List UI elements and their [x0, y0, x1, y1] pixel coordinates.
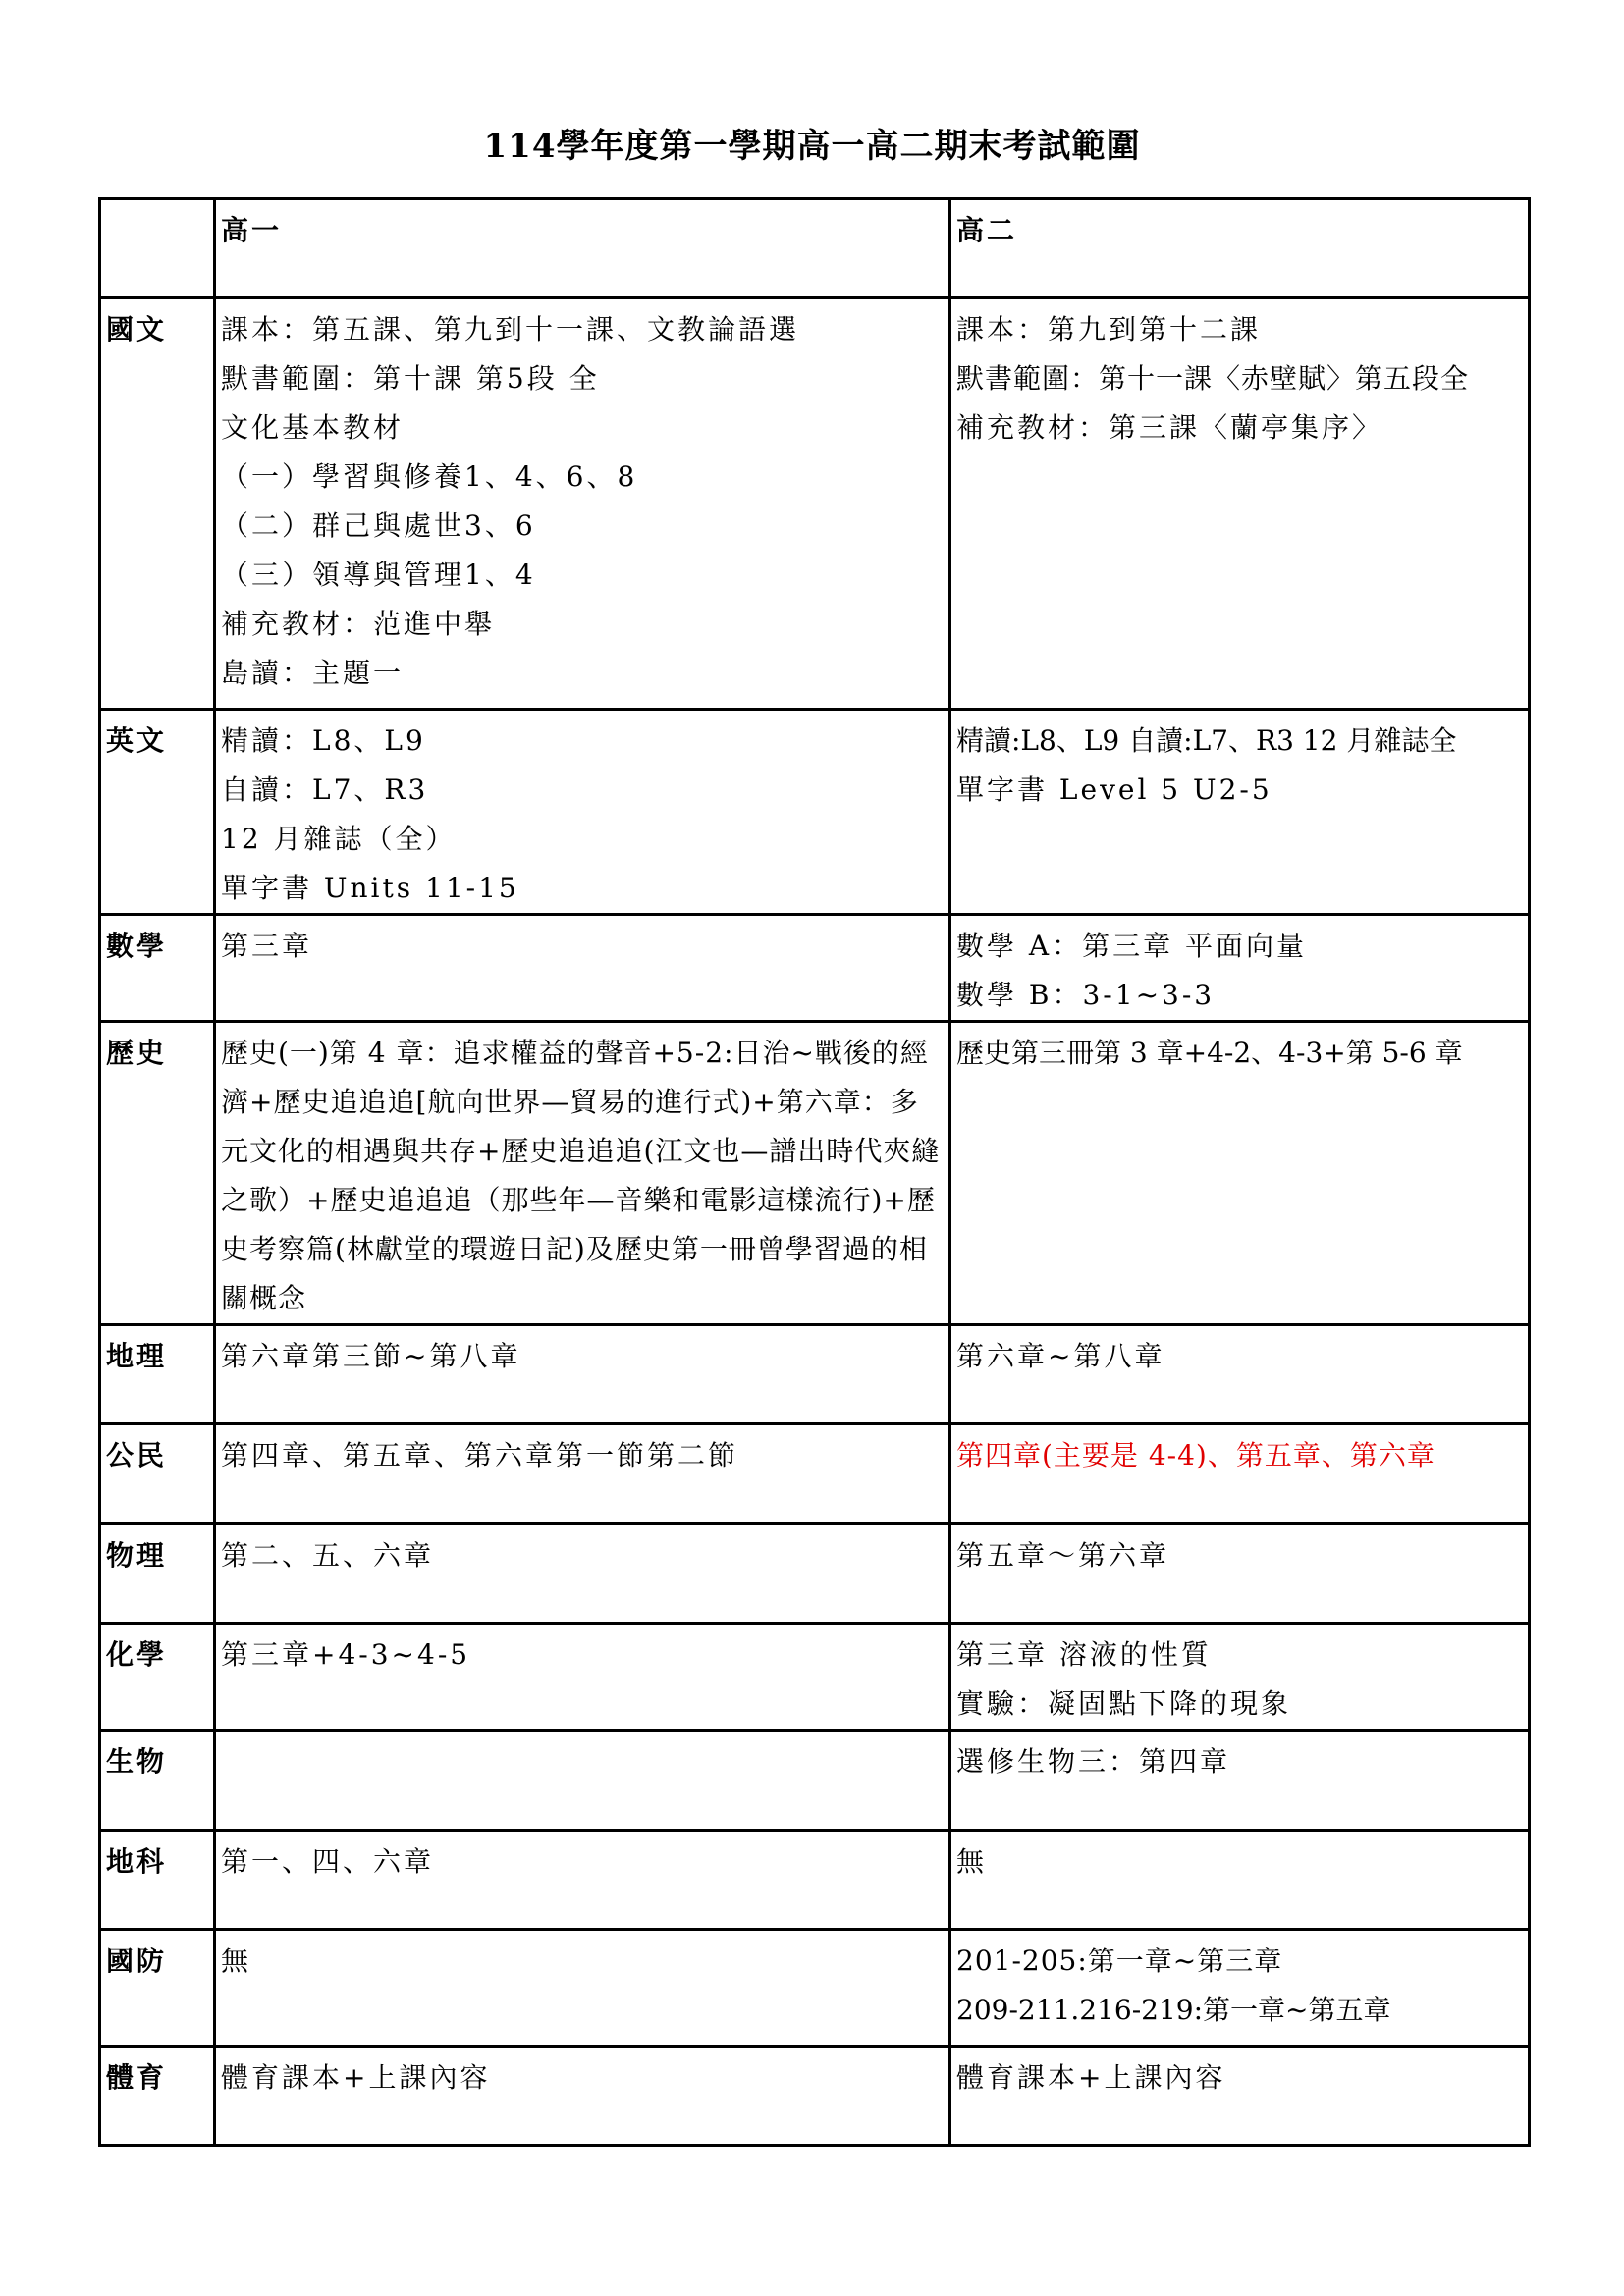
scope-line: 實驗：凝固點下降的現象 [956, 1680, 1524, 1729]
grade1-cell: 第三章 [215, 915, 950, 1022]
table-row-civics: 公民 第四章、第五章、第六章第一節第二節 第四章(主要是 4-4)、第五章、第六… [100, 1424, 1530, 1524]
grade2-cell: 選修生物三：第四章 [950, 1731, 1530, 1831]
grade2-cell: 第六章~第八章 [950, 1325, 1530, 1424]
scope-line: 課本：第五課、第九到十一課、文教論語選 [221, 305, 945, 354]
subject-label: 英文 [100, 710, 215, 915]
scope-paragraph: 歷史(一)第 4 章：追求權益的聲音+5-2:日治~戰後的經濟+歷史追追追[航向… [221, 1029, 945, 1323]
grade1-cell: 精讀：L8、L9 自讀：L7、R3 12 月雜誌（全） 單字書 Units 11… [215, 710, 950, 915]
table-row-chemistry: 化學 第三章+4-3~4-5 第三章 溶液的性質 實驗：凝固點下降的現象 [100, 1624, 1530, 1731]
grade1-cell: 無 [215, 1930, 950, 2047]
scope-line: 第三章 [221, 922, 945, 971]
grade2-cell: 第四章(主要是 4-4)、第五章、第六章 [950, 1424, 1530, 1524]
scope-line: 第五章～第六章 [956, 1531, 1524, 1580]
table-row-english: 英文 精讀：L8、L9 自讀：L7、R3 12 月雜誌（全） 單字書 Units… [100, 710, 1530, 915]
subject-label: 數學 [100, 915, 215, 1022]
grade1-cell: 第一、四、六章 [215, 1831, 950, 1930]
grade2-cell: 第五章～第六章 [950, 1524, 1530, 1624]
scope-line: 第四章、第五章、第六章第一節第二節 [221, 1431, 945, 1480]
scope-line: （三）領導與管理1、4 [221, 551, 945, 600]
grade2-cell: 無 [950, 1831, 1530, 1930]
table-row-physical-education: 體育 體育課本+上課內容 體育課本+上課內容 [100, 2047, 1530, 2146]
scope-line: 12 月雜誌（全） [221, 815, 945, 864]
grade2-cell: 精讀:L8、L9 自讀:L7、R3 12 月雜誌全 單字書 Level 5 U2… [950, 710, 1530, 915]
scope-line: 第六章第三節~第八章 [221, 1332, 945, 1381]
scope-line: 體育課本+上課內容 [956, 2054, 1524, 2103]
scope-line: 選修生物三：第四章 [956, 1737, 1524, 1787]
header-grade2: 高二 [950, 199, 1530, 298]
grade1-cell: 第六章第三節~第八章 [215, 1325, 950, 1424]
subject-label: 體育 [100, 2047, 215, 2146]
table-row-earth-science: 地科 第一、四、六章 無 [100, 1831, 1530, 1930]
grade2-cell: 體育課本+上課內容 [950, 2047, 1530, 2146]
subject-label: 公民 [100, 1424, 215, 1524]
scope-line: 第六章~第八章 [956, 1332, 1524, 1381]
grade1-cell: 歷史(一)第 4 章：追求權益的聲音+5-2:日治~戰後的經濟+歷史追追追[航向… [215, 1022, 950, 1325]
subject-label: 化學 [100, 1624, 215, 1731]
scope-line: 默書範圍：第十課 第5段 全 [221, 354, 945, 403]
table-row-history: 歷史 歷史(一)第 4 章：追求權益的聲音+5-2:日治~戰後的經濟+歷史追追追… [100, 1022, 1530, 1325]
table-row-chinese: 國文 課本：第五課、第九到十一課、文教論語選 默書範圍：第十課 第5段 全 文化… [100, 298, 1530, 710]
scope-line: 201-205:第一章~第三章 [956, 1937, 1524, 1986]
scope-line: 自讀：L7、R3 [221, 766, 945, 815]
grade2-cell: 課本：第九到第十二課 默書範圍：第十一課〈赤壁賦〉第五段全 補充教材：第三課〈蘭… [950, 298, 1530, 710]
grade1-cell: 體育課本+上課內容 [215, 2047, 950, 2146]
scope-line: 精讀:L8、L9 自讀:L7、R3 12 月雜誌全 [956, 717, 1524, 766]
scope-line: 209-211.216-219:第一章~第五章 [956, 1986, 1524, 2035]
scope-line: 第三章 溶液的性質 [956, 1630, 1524, 1680]
grade2-cell: 數學 A：第三章 平面向量 數學 B：3-1~3-3 [950, 915, 1530, 1022]
grade1-cell: 第四章、第五章、第六章第一節第二節 [215, 1424, 950, 1524]
subject-label: 生物 [100, 1731, 215, 1831]
scope-line: （二）群己與處世3、6 [221, 502, 945, 551]
subject-label: 物理 [100, 1524, 215, 1624]
scope-line: （一）學習與修養1、4、6、8 [221, 453, 945, 502]
scope-line: 課本：第九到第十二課 [956, 305, 1524, 354]
scope-line: 數學 A：第三章 平面向量 [956, 922, 1524, 971]
scope-line: 補充教材：范進中舉 [221, 600, 945, 649]
exam-scope-table: 高一 高二 國文 課本：第五課、第九到十一課、文教論語選 默書範圍：第十課 第5… [98, 197, 1531, 2147]
grade2-cell: 第三章 溶液的性質 實驗：凝固點下降的現象 [950, 1624, 1530, 1731]
scope-line: 單字書 Level 5 U2-5 [956, 766, 1524, 815]
document-title: 114學年度第一學期高一高二期末考試範圍 [0, 126, 1624, 167]
subject-label: 國文 [100, 298, 215, 710]
scope-line: 歷史第三冊第 3 章+4-2、4-3+第 5-6 章 [956, 1029, 1524, 1078]
table-header-row: 高一 高二 [100, 199, 1530, 298]
scope-line: 無 [221, 1937, 945, 1986]
table-row-national-defense: 國防 無 201-205:第一章~第三章 209-211.216-219:第一章… [100, 1930, 1530, 2047]
scope-line: 第二、五、六章 [221, 1531, 945, 1580]
scope-line: 島讀：主題一 [221, 649, 945, 698]
grade2-cell: 歷史第三冊第 3 章+4-2、4-3+第 5-6 章 [950, 1022, 1530, 1325]
scope-line: 第三章+4-3~4-5 [221, 1630, 945, 1680]
scope-line: 第一、四、六章 [221, 1838, 945, 1887]
header-grade1: 高一 [215, 199, 950, 298]
scope-line: 無 [956, 1838, 1524, 1887]
table-row-physics: 物理 第二、五、六章 第五章～第六章 [100, 1524, 1530, 1624]
grade1-cell: 第二、五、六章 [215, 1524, 950, 1624]
subject-label: 地科 [100, 1831, 215, 1930]
table-row-geography: 地理 第六章第三節~第八章 第六章~第八章 [100, 1325, 1530, 1424]
scope-line-highlighted: 第四章(主要是 4-4)、第五章、第六章 [956, 1431, 1524, 1480]
grade2-cell: 201-205:第一章~第三章 209-211.216-219:第一章~第五章 [950, 1930, 1530, 2047]
scope-line: 默書範圍：第十一課〈赤壁賦〉第五段全 [956, 354, 1524, 403]
scope-line: 精讀：L8、L9 [221, 717, 945, 766]
subject-label: 歷史 [100, 1022, 215, 1325]
grade1-cell: 第三章+4-3~4-5 [215, 1624, 950, 1731]
scope-line: 補充教材：第三課〈蘭亭集序〉 [956, 403, 1524, 453]
grade1-cell: 課本：第五課、第九到十一課、文教論語選 默書範圍：第十課 第5段 全 文化基本教… [215, 298, 950, 710]
subject-label: 國防 [100, 1930, 215, 2047]
table-row-math: 數學 第三章 數學 A：第三章 平面向量 數學 B：3-1~3-3 [100, 915, 1530, 1022]
subject-label: 地理 [100, 1325, 215, 1424]
header-subject-cell [100, 199, 215, 298]
scope-line: 數學 B：3-1~3-3 [956, 971, 1524, 1020]
scope-line: 文化基本教材 [221, 403, 945, 453]
grade1-cell [215, 1731, 950, 1831]
table-row-biology: 生物 選修生物三：第四章 [100, 1731, 1530, 1831]
scope-line: 單字書 Units 11-15 [221, 864, 945, 913]
scope-line: 體育課本+上課內容 [221, 2054, 945, 2103]
